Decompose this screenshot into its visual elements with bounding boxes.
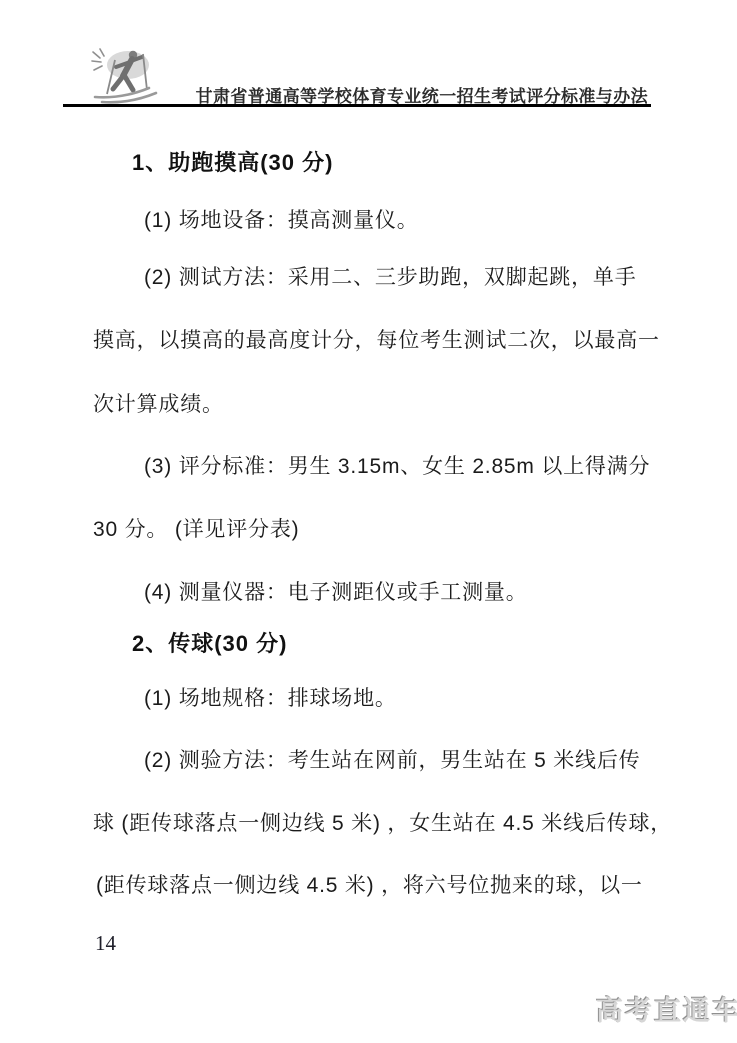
skier-logo-icon bbox=[86, 46, 164, 104]
section-2-item-1: (1) 场地规格：排球场地。 bbox=[144, 685, 397, 712]
section-1-item-4: (4) 测量仪器：电子测距仪或手工测量。 bbox=[144, 579, 528, 606]
document-page: 甘肃省普通高等学校体育专业统一招生考试评分标准与办法 1、助跑摸高(30 分) … bbox=[0, 0, 737, 1043]
section-1-item-1: (1) 场地设备：摸高测量仪。 bbox=[144, 207, 419, 234]
section-2-item-2-line-3: (距传球落点一侧边线 4.5 米) ，将六号位抛来的球，以一 bbox=[96, 872, 643, 899]
page-number: 14 bbox=[95, 931, 116, 956]
watermark: 高考直通车 bbox=[596, 989, 737, 1028]
section-2-heading: 2、传球(30 分) bbox=[132, 630, 287, 657]
section-1-item-2-line-3: 次计算成绩。 bbox=[93, 391, 224, 418]
section-2-item-2-line-2: 球 (距传球落点一侧边线 5 米) ，女生站在 4.5 米线后传球， bbox=[93, 810, 672, 837]
section-1-item-3-line-1: (3) 评分标准：男生 3.15m、女生 2.85m 以上得满分 bbox=[144, 453, 650, 480]
section-1-item-3-line-2: 30 分。 (详见评分表) bbox=[93, 516, 299, 543]
header-rule bbox=[63, 104, 651, 107]
section-1-item-2-line-1: (2) 测试方法：采用二、三步助跑，双脚起跳，单手 bbox=[144, 264, 637, 291]
section-1-heading: 1、助跑摸高(30 分) bbox=[132, 149, 333, 176]
section-2-item-2-line-1: (2) 测验方法：考生站在网前，男生站在 5 米线后传 bbox=[144, 747, 640, 774]
section-1-item-2-line-2: 摸高，以摸高的最高度计分，每位考生测试二次，以最高一 bbox=[93, 327, 660, 354]
